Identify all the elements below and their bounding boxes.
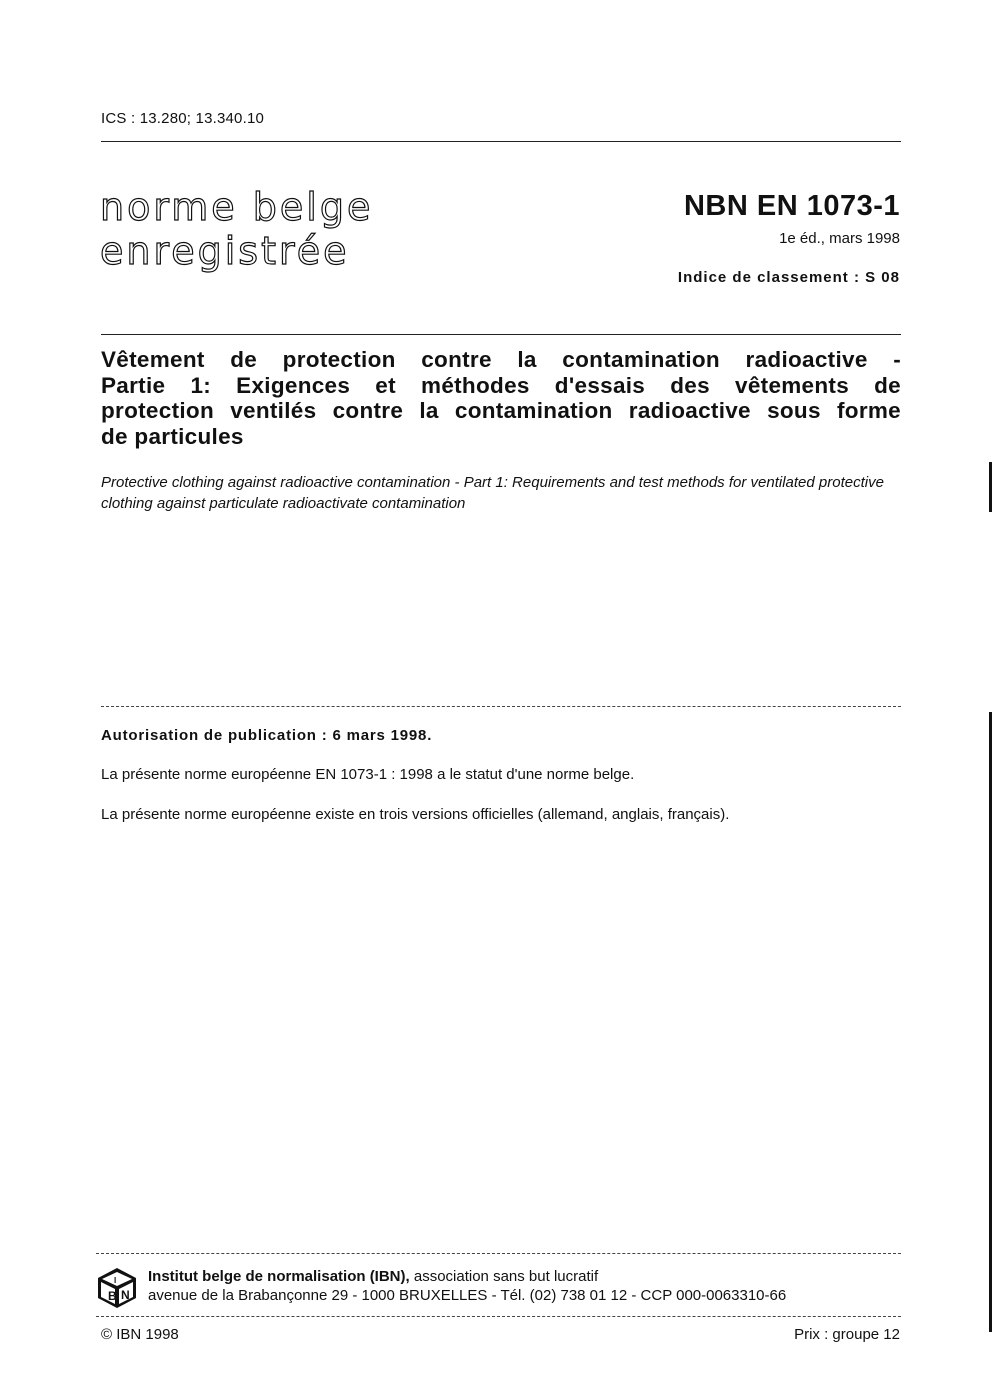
institute-address: avenue de la Brabançonne 29 - 1000 BRUXE… — [148, 1287, 786, 1304]
edition-date: 1e éd., mars 1998 — [779, 230, 900, 247]
svg-text:I: I — [114, 1276, 116, 1285]
versions-statement: La présente norme européenne existe en t… — [101, 806, 729, 823]
status-statement: La présente norme européenne EN 1073-1 :… — [101, 766, 634, 783]
section-rule — [101, 706, 901, 707]
header-rule — [101, 141, 901, 142]
classification-index: Indice de classement : S 08 — [678, 269, 900, 286]
english-title: Protective clothing against radioactive … — [101, 472, 891, 514]
ics-codes: ICS : 13.280; 13.340.10 — [101, 110, 264, 127]
title-rule — [101, 334, 901, 335]
series-title-line1: norme belge — [100, 185, 373, 229]
scan-edge-mark — [989, 712, 992, 1332]
footer-top-rule — [96, 1253, 901, 1254]
french-title-line: Vêtement de protection contre la contami… — [101, 347, 901, 373]
french-title: Vêtement de protection contre la contami… — [101, 347, 901, 449]
french-title-line: Partie 1: Exigences et méthodes d'essais… — [101, 373, 901, 399]
publication-authorization: Autorisation de publication : 6 mars 199… — [101, 727, 432, 744]
standard-number: NBN EN 1073-1 — [684, 190, 900, 223]
institute-description: association sans but lucratif — [410, 1268, 598, 1285]
series-title-line2: enregistrée — [100, 229, 373, 273]
svg-text:B: B — [108, 1289, 117, 1303]
footer-bottom-rule — [96, 1316, 901, 1317]
series-title: norme belge enregistrée — [100, 185, 373, 273]
svg-text:N: N — [121, 1288, 130, 1302]
institute-name-bold: Institut belge de normalisation (IBN), — [148, 1268, 410, 1285]
copyright: © IBN 1998 — [101, 1326, 179, 1343]
french-title-line: de particules — [101, 424, 901, 450]
scan-edge-mark — [989, 462, 992, 512]
french-title-line: protection ventilés contre la contaminat… — [101, 398, 901, 424]
institute-name: Institut belge de normalisation (IBN), a… — [148, 1268, 598, 1285]
price-group: Prix : groupe 12 — [794, 1326, 900, 1343]
ibn-logo-icon: B N I — [95, 1266, 139, 1310]
